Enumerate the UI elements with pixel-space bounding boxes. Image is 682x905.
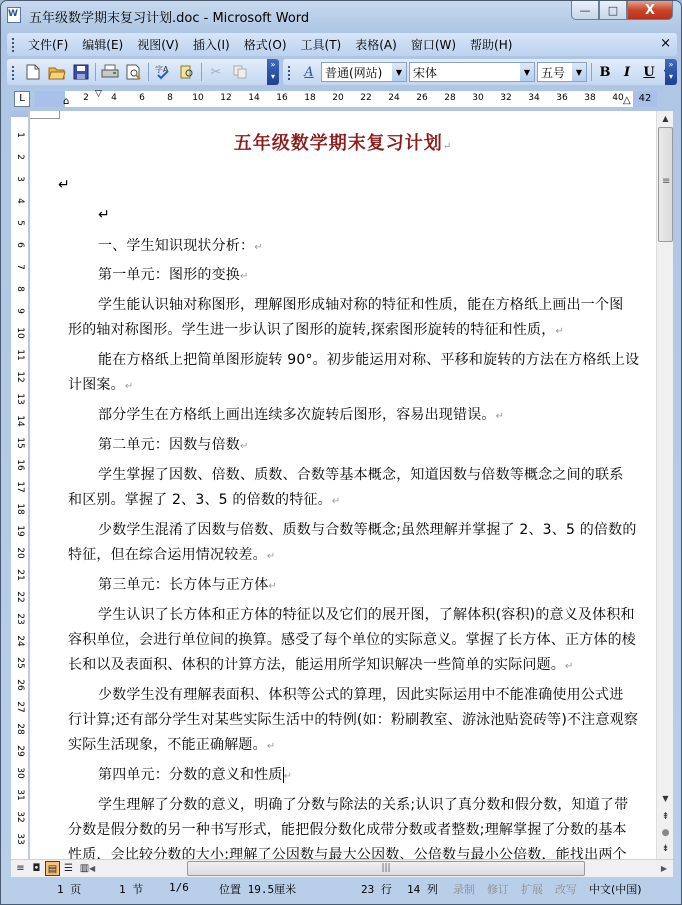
- vruler-tick: 8: [14, 283, 26, 295]
- menu-format[interactable]: 格式(O): [237, 36, 294, 53]
- font-size-select[interactable]: 五号 ▼: [537, 62, 587, 82]
- vruler-tick: 15: [14, 437, 26, 449]
- vruler-tick: 13: [14, 393, 26, 405]
- paragraph-mark-icon: ↵: [443, 141, 452, 152]
- doc-line[interactable]: 少数学生没有理解表面积、体积等公式的算理，因此实际运用中不能准确使用公式进: [98, 684, 623, 704]
- title-bar[interactable]: 五年级数学期末复习计划.doc - Microsoft Word — □ X: [1, 1, 681, 29]
- vruler-tick: 6: [14, 239, 26, 251]
- web-layout-view-icon[interactable]: ◘: [29, 861, 44, 876]
- scroll-left-arrow-icon[interactable]: ◀: [89, 861, 95, 876]
- save-icon[interactable]: [71, 62, 91, 82]
- status-column: 14 列: [407, 881, 438, 897]
- status-record-macro[interactable]: 录制: [453, 881, 475, 897]
- paragraph-mark-icon: ↵: [58, 177, 70, 193]
- standard-toolbar: 字A ✂ »▾: [7, 59, 279, 85]
- ruler-tick: 36: [554, 93, 570, 103]
- vruler-tick: 14: [14, 415, 26, 427]
- toolbar-separator: [148, 63, 149, 81]
- ruler-tick: 8: [162, 93, 178, 103]
- ruler-tick: 6: [134, 93, 150, 103]
- ruler-tick: 30: [470, 93, 486, 103]
- menu-bar: 文件(F) 编辑(E) 视图(V) 插入(I) 格式(O) 工具(T) 表格(A…: [7, 33, 677, 56]
- vruler-tick: 11: [14, 349, 26, 361]
- menu-view[interactable]: 视图(V): [130, 36, 186, 53]
- window-title: 五年级数学期末复习计划.doc - Microsoft Word: [29, 7, 309, 26]
- ruler-right-margin: 42: [633, 91, 657, 107]
- paragraph-mark-icon: ↵: [254, 242, 263, 253]
- doc-line[interactable]: 少数学生混淆了因数与倍数、质数与合数等概念;虽然理解并掌握了 2、3、5 的倍数…: [98, 519, 637, 539]
- paragraph-mark-icon: ↵: [496, 411, 505, 422]
- scroll-right-arrow-icon[interactable]: ▶: [661, 861, 667, 876]
- doc-line[interactable]: 第四单元：分数的意义和性质↵: [98, 764, 292, 784]
- doc-line[interactable]: 分数是假分数的另一种书写形式，能把假分数化成带分数或者整数;理解掌握了分数的基本: [68, 819, 627, 839]
- left-margin-area: [35, 91, 65, 107]
- document-editing-area[interactable]: 五年级数学期末复习计划↵ ↵ ↵ 一、学生知识现状分析：↵ 第一单元：图形的变换…: [30, 111, 656, 859]
- font-size-value: 五号: [541, 64, 565, 81]
- status-page-of: 1/6: [169, 881, 189, 894]
- vruler-tick: 21: [14, 569, 26, 581]
- formatting-toolbar: A 普通(网站) ▼ 宋体 ▼ 五号 ▼ B I U ▼ »▾: [283, 59, 677, 85]
- italic-button[interactable]: I: [616, 62, 638, 82]
- right-indent-marker[interactable]: △: [623, 95, 631, 106]
- scroll-up-arrow-icon[interactable]: ▲: [657, 111, 674, 127]
- word-document-icon[interactable]: [7, 7, 21, 23]
- doc-line[interactable]: 形的轴对称图形。学生进一步认识了图形的旋转,探索图形旋转的特征和性质，↵: [68, 319, 564, 339]
- ruler-tick: 24: [386, 93, 402, 103]
- cut-icon[interactable]: ✂: [206, 62, 226, 82]
- status-position: 位置 19.5厘米: [219, 881, 296, 897]
- previous-page-icon[interactable]: ⇞: [657, 809, 674, 825]
- doc-line[interactable]: 学生能认识轴对称图形，理解图形成轴对称的特征和性质，能在方格纸上画出一个图: [98, 294, 623, 314]
- vruler-tick: 17: [14, 481, 26, 493]
- vruler-tick: 22: [14, 591, 26, 603]
- document-title-text: 五年级数学期末复习计划: [234, 133, 443, 154]
- hanging-indent-marker[interactable]: ⌂: [63, 96, 69, 107]
- word-window: 五年级数学期末复习计划.doc - Microsoft Word — □ X 文…: [0, 0, 682, 905]
- bold-button[interactable]: B: [594, 62, 616, 82]
- vruler-tick: 16: [14, 459, 26, 471]
- paragraph-mark-icon: ↵: [240, 271, 249, 282]
- chevron-down-icon[interactable]: ▼: [572, 63, 586, 81]
- paragraph-mark-icon: ↵: [284, 771, 293, 782]
- doc-line[interactable]: 能在方格纸上把简单图形旋转 90°。初步能运用对称、平移和旋转的方法在方格纸上设: [98, 349, 639, 369]
- menu-help[interactable]: 帮助(H): [463, 36, 519, 53]
- paragraph-mark-icon: ↵: [555, 326, 564, 337]
- status-line: 23 行: [361, 881, 392, 897]
- toolbar-options-chevron-icon[interactable]: »▾: [267, 59, 279, 85]
- tab-selector-button[interactable]: L: [14, 91, 30, 107]
- ruler-tick: 28: [442, 93, 458, 103]
- vertical-scroll-thumb[interactable]: [658, 127, 673, 242]
- toolbars: 字A ✂ »▾ A 普通(网站) ▼ 宋体 ▼ 五号: [7, 59, 677, 85]
- doc-line[interactable]: 第三单元：长方体与正方体↵: [98, 574, 277, 594]
- paragraph-mark-icon: ↵: [125, 381, 134, 392]
- minimize-button[interactable]: —: [571, 1, 599, 20]
- vruler-tick: 23: [14, 613, 26, 625]
- status-overtype[interactable]: 改写: [555, 881, 577, 897]
- vruler-tick: 20: [14, 547, 26, 559]
- vruler-tick: 31: [14, 789, 26, 801]
- top-margin-area: [11, 111, 29, 117]
- ruler-tick: 26: [414, 93, 430, 103]
- menu-file[interactable]: 文件(F): [21, 36, 75, 53]
- ruler-tick: 16: [274, 93, 290, 103]
- toolbar-separator: [591, 63, 592, 81]
- document-close-button[interactable]: ×: [660, 36, 671, 51]
- toolbar-grip-handle[interactable]: [11, 65, 15, 80]
- toolbar-options-chevron-icon[interactable]: »▾: [665, 59, 677, 85]
- doc-line[interactable]: 一、学生知识现状分析：↵: [98, 235, 263, 255]
- paragraph-mark-icon: ↵: [267, 551, 276, 562]
- open-folder-icon[interactable]: [47, 62, 67, 82]
- vruler-tick: 2: [14, 151, 26, 163]
- vruler-tick: 26: [14, 679, 26, 691]
- doc-line[interactable]: 部分学生在方格纸上画出连续多次旋转后图形，容易出现错误。↵: [98, 404, 504, 424]
- next-page-icon[interactable]: ⇟: [657, 841, 674, 857]
- close-button[interactable]: X: [627, 1, 673, 20]
- ruler-tick: 38: [582, 93, 598, 103]
- toolbar-grip-handle[interactable]: [287, 65, 291, 80]
- font-select[interactable]: 宋体 ▼: [409, 62, 535, 82]
- menubar-grip-handle[interactable]: [11, 37, 15, 52]
- print-layout-view-icon[interactable]: ▤: [45, 861, 60, 876]
- ruler-tick: 2: [78, 93, 94, 103]
- vruler-tick: 9: [14, 305, 26, 317]
- ruler-tick: 14: [246, 93, 262, 103]
- window-controls: — □ X: [571, 1, 673, 21]
- vruler-tick: 10: [14, 327, 26, 339]
- maximize-button[interactable]: □: [599, 1, 627, 20]
- ruler-tick: 22: [358, 93, 374, 103]
- toolbar-separator: [201, 63, 202, 81]
- style-select[interactable]: 普通(网站) ▼: [321, 62, 407, 82]
- menu-window[interactable]: 窗口(W): [404, 36, 463, 53]
- vruler-tick: 32: [14, 811, 26, 823]
- doc-line[interactable]: 学生掌握了因数、倍数、质数、合数等基本概念，知道因数与倍数等概念之间的联系: [98, 464, 623, 484]
- paragraph-mark-icon: ↵: [565, 661, 574, 672]
- horizontal-scroll-thumb[interactable]: |||: [187, 861, 585, 876]
- vruler-tick: 1: [14, 129, 26, 141]
- chevron-down-icon[interactable]: ▼: [392, 63, 406, 81]
- outline-view-icon[interactable]: ☰: [61, 861, 76, 876]
- vruler-tick: 18: [14, 503, 26, 515]
- vruler-tick: 7: [14, 261, 26, 273]
- research-icon[interactable]: [177, 62, 197, 82]
- vruler-tick: 27: [14, 701, 26, 713]
- horizontal-ruler-row: L ⌂ ▽ 2 4 6 8 10 12 14 16 18 20 22 24 26…: [11, 89, 657, 109]
- copy-icon[interactable]: [230, 62, 250, 82]
- print-icon[interactable]: [100, 62, 120, 82]
- paragraph-mark-icon: ↵: [240, 441, 249, 452]
- status-track-changes[interactable]: 修订: [487, 881, 509, 897]
- menu-table[interactable]: 表格(A): [348, 36, 404, 53]
- vertical-ruler[interactable]: 1 2 3 4 5 6 7 8 9 10 11 12 13 14 15 16 1…: [11, 111, 29, 859]
- ruler-tick: 10: [190, 93, 206, 103]
- paragraph-mark-icon: ↵: [98, 207, 110, 223]
- underline-button[interactable]: U: [638, 62, 660, 82]
- ruler-tick: 34: [526, 93, 542, 103]
- doc-line[interactable]: 性质，会比较分数的大小;理解了公因数与最大公因数、公倍数与最小公倍数，能找出两个: [68, 844, 627, 859]
- print-preview-icon[interactable]: [124, 62, 144, 82]
- doc-line[interactable]: 特征，但在综合运用情况较差。↵: [68, 544, 275, 564]
- vruler-tick: 19: [14, 525, 26, 537]
- status-page: 1 页: [57, 881, 81, 897]
- chevron-down-icon[interactable]: ▼: [520, 63, 534, 81]
- doc-line[interactable]: 第一单元：图形的变换↵: [98, 264, 249, 284]
- first-line-indent-marker[interactable]: ▽: [95, 89, 102, 99]
- doc-line[interactable]: 容积单位，会进行单位间的换算。感受了每个单位的实际意义。掌握了长方体、正方体的棱: [68, 629, 636, 649]
- vruler-tick: 3: [14, 173, 26, 185]
- doc-line[interactable]: 计图案。↵: [68, 374, 133, 394]
- vruler-tick: 24: [14, 635, 26, 647]
- toolbar-separator: [95, 63, 96, 81]
- vruler-tick: 25: [14, 657, 26, 669]
- vruler-tick: 4: [14, 195, 26, 207]
- styles-formatting-icon[interactable]: A: [299, 62, 319, 82]
- font-value: 宋体: [413, 64, 437, 81]
- vruler-tick: 33: [14, 833, 26, 845]
- vertical-scrollbar[interactable]: ▲ ▼ ⇞ ● ⇟: [656, 111, 673, 859]
- doc-line[interactable]: 实际生活现象，不能正确解题。↵: [68, 734, 275, 754]
- ruler-tick: 12: [218, 93, 234, 103]
- new-document-icon[interactable]: [23, 62, 43, 82]
- menu-tools[interactable]: 工具(T): [294, 36, 349, 53]
- ruler-tick: 18: [302, 93, 318, 103]
- ruler-tick: 32: [498, 93, 514, 103]
- paragraph-mark-icon: ↵: [267, 741, 276, 752]
- status-language[interactable]: 中文(中国): [589, 881, 642, 897]
- doc-line[interactable]: 行计算;还有部分学生对某些实际生活中的特例(如：粉刷教室、游泳池贴瓷砖等)不注意…: [68, 709, 638, 729]
- page-margin-corner: [30, 111, 60, 119]
- paragraph-mark-icon: ↵: [268, 581, 277, 592]
- vruler-tick: 28: [14, 723, 26, 735]
- doc-line[interactable]: 长和以及表面积、体积的计算方法，能运用所学知识解决一些简单的实际问题。↵: [68, 654, 574, 674]
- vruler-tick: 30: [14, 767, 26, 779]
- normal-view-icon[interactable]: ≡: [13, 861, 28, 876]
- select-browse-object-icon[interactable]: ●: [657, 825, 674, 841]
- doc-line[interactable]: 和区别。掌握了 2、3、5 的倍数的特征。↵: [68, 489, 340, 509]
- status-bar: 1 页 1 节 1/6 位置 19.5厘米 23 行 14 列 录制 修订 扩展…: [7, 878, 677, 898]
- menu-insert[interactable]: 插入(I): [186, 36, 237, 53]
- menu-edit[interactable]: 编辑(E): [75, 36, 130, 53]
- doc-line[interactable]: 第二单元：因数与倍数↵: [98, 434, 249, 454]
- doc-line[interactable]: 学生认识了长方体和正方体的特征以及它们的展开图，了解体积(容积)的意义及体积和: [98, 604, 635, 624]
- status-section: 1 节: [119, 881, 143, 897]
- ruler-tick: 20: [330, 93, 346, 103]
- paragraph-mark-icon: ↵: [332, 496, 341, 507]
- doc-line[interactable]: 学生理解了分数的意义，明确了分数与除法的关系;认识了真分数和假分数，知道了带: [98, 794, 628, 814]
- document-title[interactable]: 五年级数学期末复习计划↵: [30, 129, 656, 155]
- status-extend-selection[interactable]: 扩展: [521, 881, 543, 897]
- style-value: 普通(网站): [325, 64, 382, 81]
- spelling-grammar-icon[interactable]: 字A: [153, 62, 173, 82]
- horizontal-ruler[interactable]: ⌂ ▽ 2 4 6 8 10 12 14 16 18 20 22 24 26 2…: [35, 91, 657, 107]
- scroll-down-arrow-icon[interactable]: ▼: [657, 791, 674, 807]
- vruler-tick: 5: [14, 217, 26, 229]
- ruler-tick: 4: [106, 93, 122, 103]
- horizontal-scroll-row: ≡ ◘ ▤ ☰ ▥ ◀ ||| ▶: [11, 859, 673, 877]
- vruler-tick: 12: [14, 371, 26, 383]
- vruler-tick: 29: [14, 745, 26, 757]
